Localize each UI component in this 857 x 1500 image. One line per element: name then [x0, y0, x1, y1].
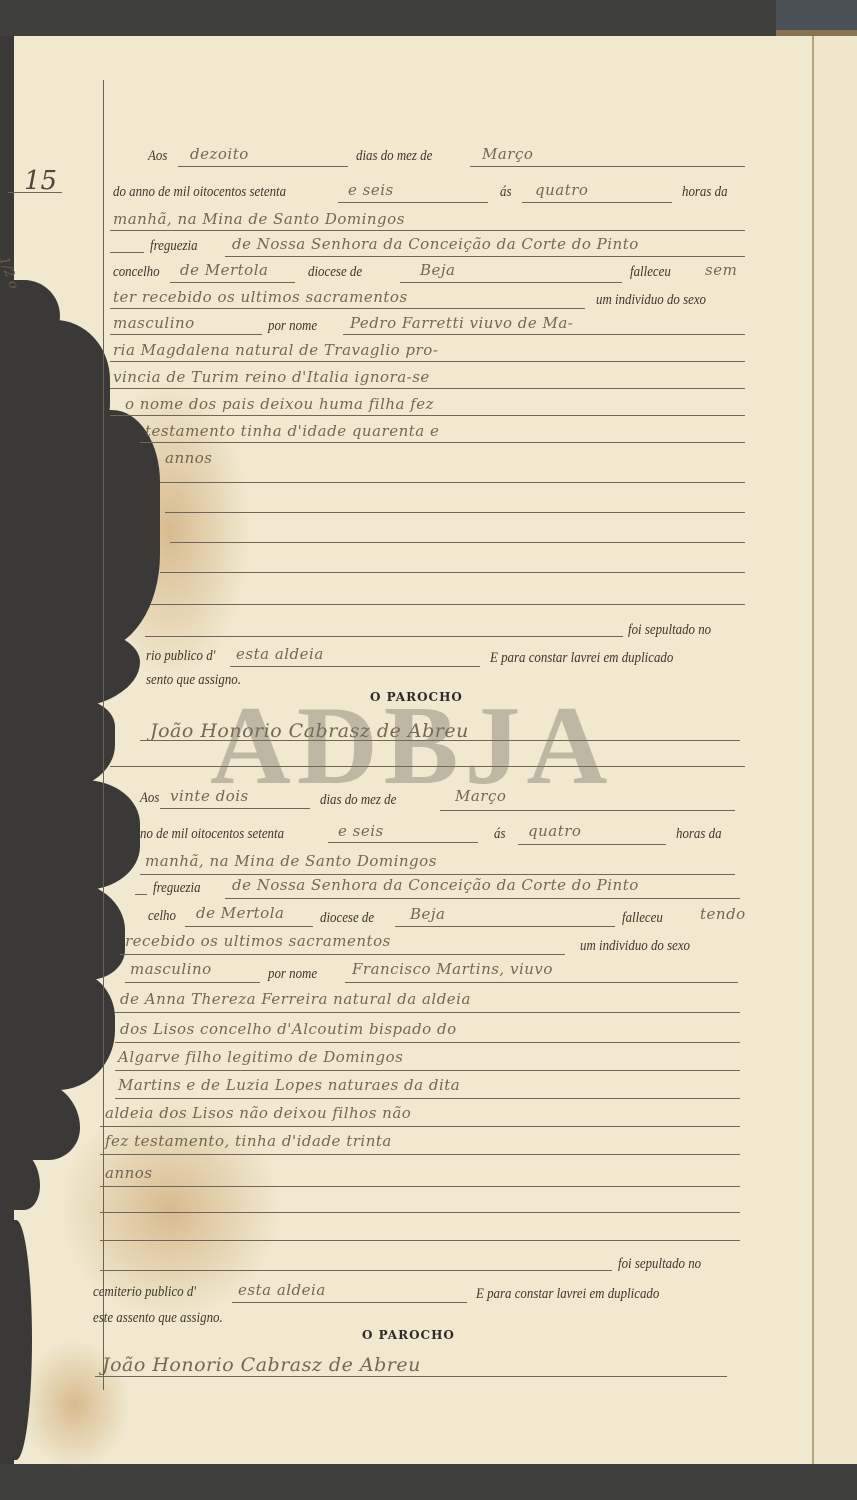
entry1-cemiterio: esta aldeia: [236, 645, 324, 663]
entry1-concelho: de Mertola: [180, 261, 268, 279]
field-rule: [140, 874, 735, 875]
field-rule: [115, 1042, 740, 1043]
field-rule: [110, 361, 745, 362]
label-aos: Aos: [148, 148, 167, 165]
field-rule: [345, 982, 738, 983]
entry2-sacramentos: recebido os ultimos sacramentos: [125, 932, 391, 950]
field-rule: [160, 482, 745, 483]
label-para-constar: E para constar lavrei em duplicado: [476, 1286, 659, 1303]
label-dias-do-mez: dias do mez de: [320, 792, 396, 809]
label-foi-sepultado: foi sepultado no: [618, 1256, 701, 1273]
entry2-signature: João Honorio Cabrasz de Abreu: [102, 1354, 421, 1376]
entry2-sexo: masculino: [130, 960, 212, 978]
entry2-hour: quatro: [528, 822, 581, 840]
field-rule: [110, 415, 745, 416]
field-rule: [135, 894, 147, 895]
field-rule: [110, 388, 745, 389]
label-diocese: diocese de: [320, 910, 374, 927]
entry2-cemiterio: esta aldeia: [238, 1281, 326, 1299]
entry1-falleceu: sem: [705, 261, 737, 279]
label-aos: Aos: [140, 790, 159, 807]
field-rule: [115, 1070, 740, 1071]
detail-line: testamento tinha d'idade quarenta e: [145, 422, 439, 440]
detail-line: ria Magdalena natural de Travaglio pro-: [113, 341, 438, 359]
entry1-month: Março: [482, 145, 533, 163]
field-rule: [100, 1154, 740, 1155]
entry1-sexo: masculino: [113, 314, 195, 332]
label-dias-do-mez: dias do mez de: [356, 148, 432, 165]
label-foi-sepultado: foi sepultado no: [628, 622, 711, 639]
entry-number-underline: [8, 192, 62, 193]
label-freguezia: freguezia: [150, 238, 198, 255]
detail-line: dos Lisos concelho d'Alcoutim bispado do: [120, 1020, 457, 1038]
field-rule: [225, 256, 745, 257]
field-rule: [470, 166, 745, 167]
field-rule: [338, 202, 488, 203]
detail-line: Algarve filho legitimo de Domingos: [118, 1048, 403, 1066]
field-rule: [145, 636, 623, 637]
entry1-line3: manhã, na Mina de Santo Domingos: [113, 210, 405, 228]
field-rule: [230, 666, 480, 667]
label-as: ás: [500, 184, 511, 201]
label-por-nome: por nome: [268, 318, 317, 335]
field-rule: [110, 252, 144, 253]
label-diocese: diocese de: [308, 264, 362, 281]
label-do-anno: no de mil oitocentos setenta: [140, 826, 284, 843]
entry2-nome: Francisco Martins, viuvo: [352, 960, 553, 978]
label-individuo: um individuo do sexo: [580, 938, 690, 955]
label-falleceu: falleceu: [630, 264, 671, 281]
detail-line: Martins e de Luzia Lopes naturaes da dit…: [118, 1076, 460, 1094]
field-rule: [110, 334, 262, 335]
field-rule: [140, 442, 745, 443]
label-as: ás: [494, 826, 505, 843]
entry2-day: vinte dois: [170, 787, 249, 805]
label-concelho: concelho: [113, 264, 160, 281]
label-do-anno: do anno de mil oitocentos setenta: [113, 184, 286, 201]
blank-rule: [100, 1212, 740, 1213]
field-rule: [120, 954, 565, 955]
field-rule: [100, 1270, 612, 1271]
field-rule: [343, 334, 745, 335]
entry2-line3: manhã, na Mina de Santo Domingos: [145, 852, 437, 870]
detail-line: annos: [165, 449, 213, 467]
label-assento: este assento que assigno.: [93, 1310, 223, 1327]
field-rule: [115, 1012, 740, 1013]
field-rule: [518, 844, 666, 845]
entry2-diocese: Beja: [410, 905, 446, 923]
entry1-nome: Pedro Farretti viuvo de Ma-: [350, 314, 573, 332]
field-rule: [225, 898, 740, 899]
field-rule: [395, 926, 615, 927]
signature-rule: [95, 1376, 727, 1377]
label-horas-da: horas da: [676, 826, 722, 843]
field-rule: [170, 282, 295, 283]
margin-rule: [103, 80, 104, 1390]
field-rule: [110, 230, 745, 231]
entry2-freguezia: de Nossa Senhora da Conceição da Corte d…: [232, 876, 639, 894]
burned-edge: [0, 780, 140, 890]
adbja-watermark: ADBJA: [210, 690, 613, 802]
entry1-hour: quatro: [535, 181, 588, 199]
field-rule: [440, 810, 735, 811]
label-horas-da: horas da: [682, 184, 728, 201]
label-freguezia: freguezia: [153, 880, 201, 897]
entry2-year: e seis: [338, 822, 384, 840]
parocho-heading: O PAROCHO: [362, 1328, 455, 1342]
detail-line: vincia de Turim reino d'Italia ignora-se: [113, 368, 430, 386]
field-rule: [100, 1126, 740, 1127]
label-para-constar: E para constar lavrei em duplicado: [490, 650, 673, 667]
burned-edge: [0, 410, 160, 650]
field-rule: [178, 166, 348, 167]
burned-edge: [0, 1220, 32, 1460]
facing-page-edge: [812, 36, 857, 1464]
field-rule: [522, 202, 672, 203]
field-rule: [328, 842, 478, 843]
field-rule: [125, 982, 260, 983]
entry1-year: e seis: [348, 181, 394, 199]
entry2-month: Março: [455, 787, 506, 805]
label-falleceu: falleceu: [622, 910, 663, 927]
blank-rule: [100, 1240, 740, 1241]
burned-edge: [0, 970, 115, 1090]
field-rule: [115, 1098, 740, 1099]
label-cemiterio: cemiterio publico d': [93, 1284, 196, 1301]
blank-rule: [160, 572, 745, 573]
entry1-diocese: Beja: [420, 261, 456, 279]
blank-rule: [170, 542, 745, 543]
entry2-concelho: de Mertola: [196, 904, 284, 922]
field-rule: [110, 308, 585, 309]
label-cemiterio: rio publico d': [146, 648, 215, 665]
entry1-day: dezoito: [190, 145, 249, 163]
blank-rule: [165, 512, 745, 513]
entry1-sacramentos: ter recebido os ultimos sacramentos: [113, 288, 408, 306]
field-rule: [160, 808, 310, 809]
burned-edge: [0, 700, 115, 790]
detail-line: aldeia dos Lisos não deixou filhos não: [105, 1104, 411, 1122]
burned-edge: [0, 880, 125, 980]
field-rule: [232, 1302, 467, 1303]
entry1-freguezia: de Nossa Senhora da Conceição da Corte d…: [232, 235, 639, 253]
field-rule: [100, 1186, 740, 1187]
detail-line: annos: [105, 1164, 153, 1182]
label-por-nome: por nome: [268, 966, 317, 983]
field-rule: [185, 926, 313, 927]
entry2-falleceu: tendo: [700, 905, 746, 923]
detail-line: o nome dos pais deixou huma filha fez: [125, 395, 434, 413]
label-concelho: celho: [148, 908, 176, 925]
detail-line: fez testamento, tinha d'idade trinta: [105, 1132, 392, 1150]
field-rule: [400, 282, 622, 283]
detail-line: de Anna Thereza Ferreira natural da alde…: [120, 990, 471, 1008]
label-individuo: um individuo do sexo: [596, 292, 706, 309]
blank-rule: [150, 604, 745, 605]
